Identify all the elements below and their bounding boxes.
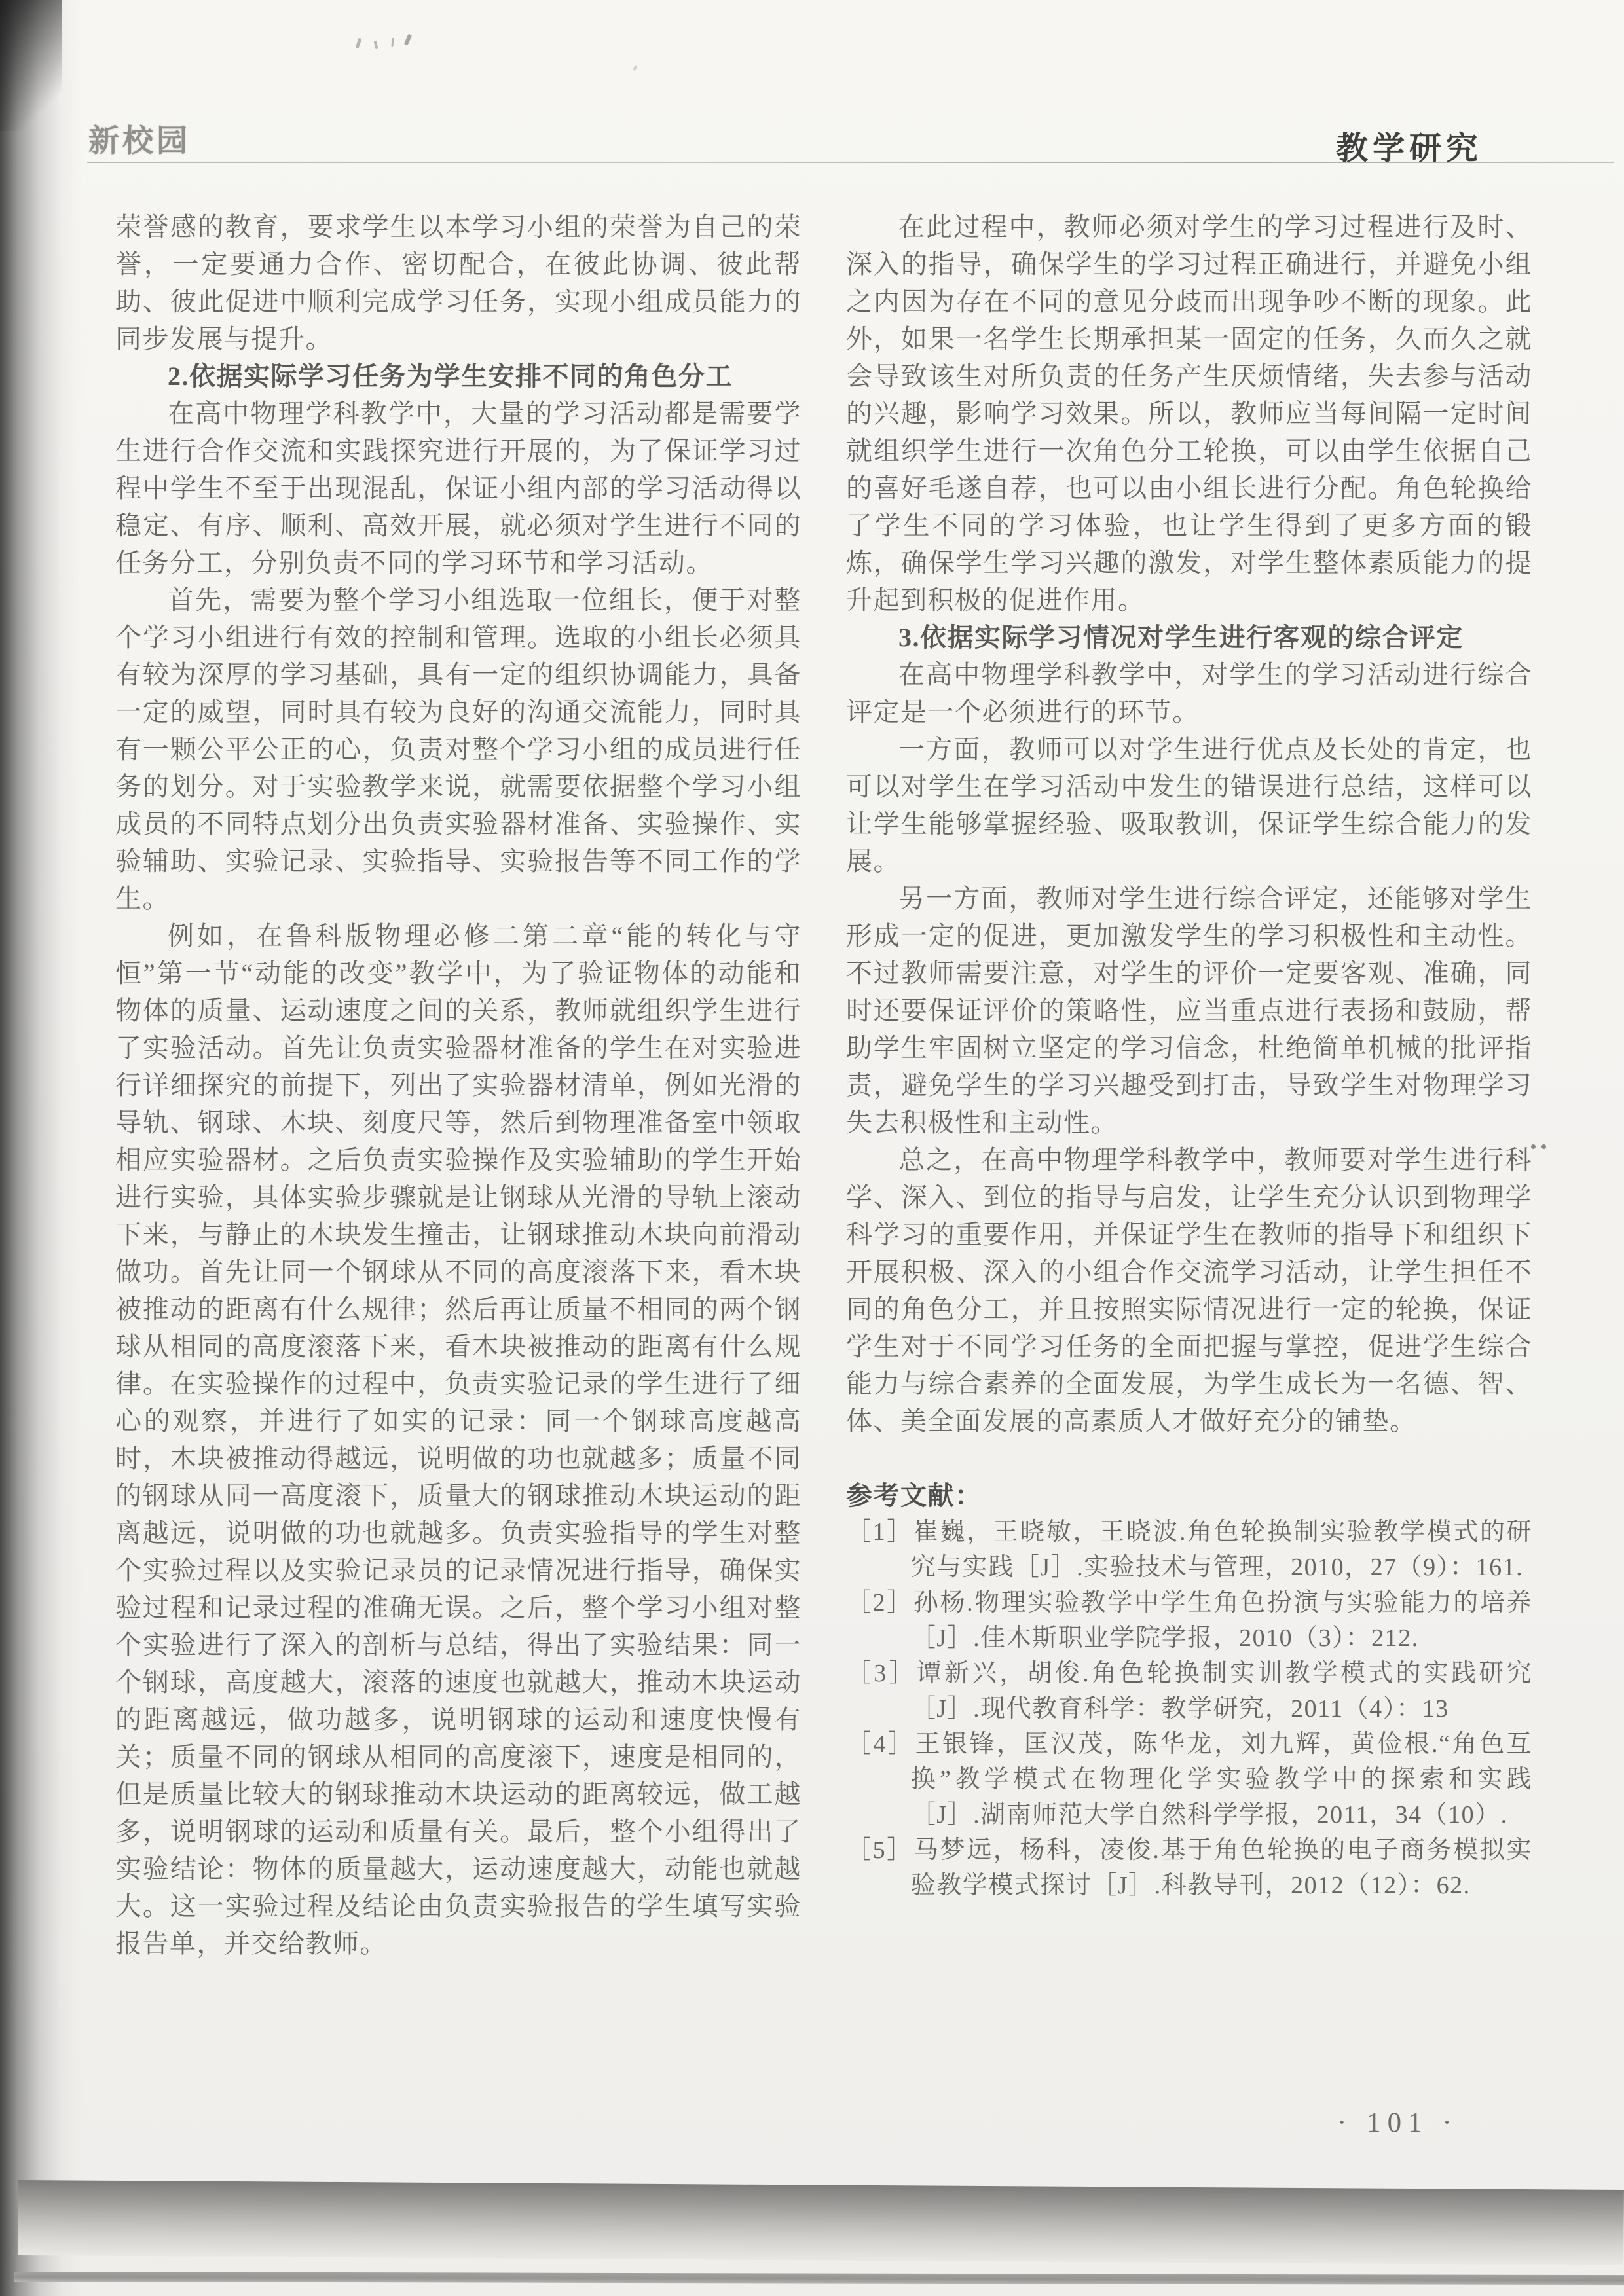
journal-name: 新校园 [88, 117, 191, 160]
scan-speck [404, 34, 412, 46]
scan-speck [391, 38, 394, 47]
paragraph: 在此过程中，教师必须对学生的学习过程进行及时、深入的指导，确保学生的学习过程正确… [846, 208, 1532, 619]
subsection-heading-2: 2.依据实际学习任务为学生安排不同的角色分工 [115, 357, 802, 395]
paragraph: 首先，需要为整个学习小组选取一位组长，便于对整个学习小组进行有效的控制和管理。选… [115, 581, 802, 917]
paragraph: 例如，在鲁科版物理必修二第二章“能的转化与守恒”第一节“动能的改变”教学中，为了… [115, 917, 802, 1962]
page-number: · 101 · [1337, 2107, 1458, 2139]
left-column: 荣誉感的教育，要求学生以本学习小组的荣誉为自己的荣誉，一定要通力合作、密切配合，… [115, 208, 802, 1962]
scan-corner-shadow [0, 0, 62, 131]
reference-item: ［1］崔巍，王晓敏，王晓波.角色轮换制实验教学模式的研究与实践［J］.实验技术与… [846, 1514, 1532, 1585]
paragraph: 荣誉感的教育，要求学生以本学习小组的荣誉为自己的荣誉，一定要通力合作、密切配合，… [115, 208, 802, 357]
scan-speck [1531, 1140, 1552, 1152]
reference-item: ［3］谭新兴，胡俊.角色轮换制实训教学模式的实践研究［J］.现代教育科学：教学研… [846, 1656, 1532, 1726]
paragraph: 总之，在高中物理学科教学中，教师要对学生进行科学、深入、到位的指导与启发，让学生… [846, 1141, 1532, 1440]
paragraph: 一方面，教师可以对学生进行优点及长处的肯定，也可以对学生在学习活动中发生的错误进… [846, 731, 1532, 880]
scan-speck [633, 65, 638, 71]
references-heading: 参考文献： [846, 1477, 1532, 1514]
header-rule [87, 162, 1614, 163]
reference-item: ［4］王银锋，匡汉茂，陈华龙，刘九辉，黄俭根.“角色互换”教学模式在物理化学实验… [846, 1726, 1532, 1832]
reference-item: ［2］孙杨.物理实验教学中学生角色扮演与实验能力的培养［J］.佳木斯职业学院学报… [846, 1585, 1532, 1656]
scan-speck [374, 41, 378, 50]
scanned-page: 新校园 教学研究 荣誉感的教育，要求学生以本学习小组的荣誉为自己的荣誉，一定要通… [0, 0, 1624, 2296]
paragraph: 另一方面，教师对学生进行综合评定，还能够对学生形成一定的促进，更加激发学生的学习… [846, 880, 1532, 1141]
subsection-heading-3: 3.依据实际学习情况对学生进行客观的综合评定 [846, 619, 1532, 656]
paragraph: 在高中物理学科教学中，对学生的学习活动进行综合评定是一个必须进行的环节。 [846, 656, 1532, 731]
scan-speck [356, 38, 362, 49]
right-column: 在此过程中，教师必须对学生的学习过程进行及时、深入的指导，确保学生的学习过程正确… [846, 208, 1532, 1903]
reference-item: ［5］马梦远，杨科，凌俊.基于角色轮换的电子商务模拟实验教学模式探讨［J］.科教… [846, 1832, 1532, 1903]
scan-band-dark [18, 2180, 1624, 2265]
scan-band-thin [14, 2272, 1624, 2285]
paragraph: 在高中物理学科教学中，大量的学习活动都是需要学生进行合作交流和实践探究进行开展的… [115, 395, 802, 581]
scan-edge-shadow [0, 0, 82, 2296]
